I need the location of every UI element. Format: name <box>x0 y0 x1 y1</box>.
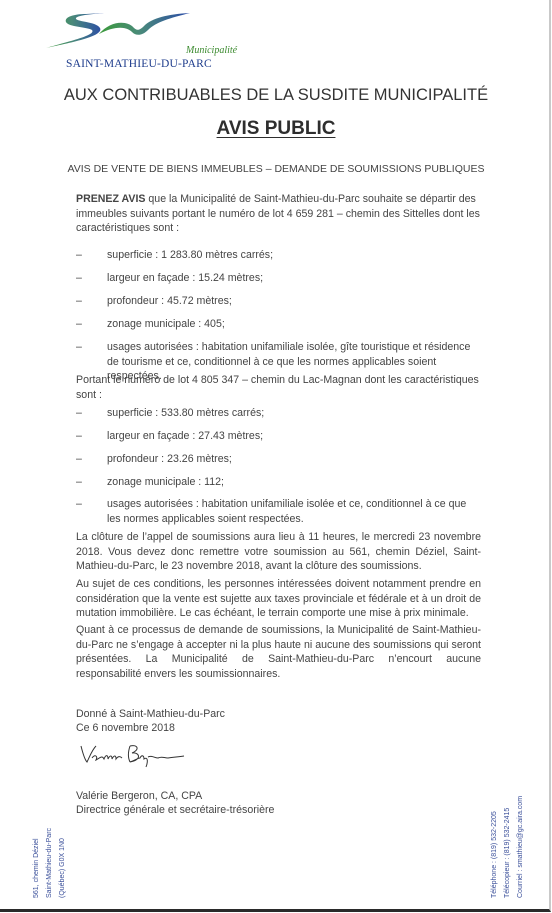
footer-email: Courriel : smathieu@gc.aira.com <box>517 796 524 898</box>
given-at: Donné à Saint-Mathieu-du-Parc <box>76 707 481 722</box>
intro-paragraph: PRENEZ AVIS que la Municipalité de Saint… <box>76 192 481 236</box>
notice-subtitle: AVIS DE VENTE DE BIENS IMMEUBLES – DEMAN… <box>0 163 552 175</box>
intro-bold: PRENEZ AVIS <box>76 193 145 205</box>
footer-fax: Télécopieur : (819) 532-2415 <box>504 808 511 898</box>
signature <box>78 740 188 775</box>
logo-municipality-name: SAINT-MATHIEU-DU-PARC <box>66 58 212 70</box>
municipality-logo: Municipalité SAINT-MATHIEU-DU-PARC <box>44 8 214 68</box>
given-date: Ce 6 novembre 2018 <box>76 721 481 736</box>
footer-phone: Téléphone : (819) 532-2205 <box>491 811 498 898</box>
signer-title: Directrice générale et secrétaire-trésor… <box>76 803 481 818</box>
conditions-paragraph: Au sujet de ces conditions, les personne… <box>76 577 481 621</box>
notice-title-text: AVIS PUBLIC <box>217 118 336 139</box>
disclaimer-paragraph: Quant à ce processus de demande de soumi… <box>76 623 481 681</box>
lot2-intro: Portant le numéro de lot 4 805 347 – che… <box>76 373 481 402</box>
footer-address-line: 561, chemin Déziel <box>33 838 40 898</box>
footer-address-line: (Québec) G0X 1N0 <box>59 838 66 898</box>
footer-address-line: Saint-Mathieu-du-Parc <box>46 828 53 898</box>
logo-municipalite-label: Municipalité <box>186 45 237 56</box>
swoosh-logo-icon <box>44 8 194 53</box>
notice-title: AVIS PUBLIC <box>0 118 552 140</box>
signature-icon <box>78 740 188 770</box>
closing-date-paragraph: La clôture de l’appel de soumissions aur… <box>76 530 481 574</box>
signer-name: Valérie Bergeron, CA, CPA <box>76 789 481 804</box>
notice-recipients-heading: AUX CONTRIBUABLES DE LA SUSDITE MUNICIPA… <box>0 86 552 105</box>
